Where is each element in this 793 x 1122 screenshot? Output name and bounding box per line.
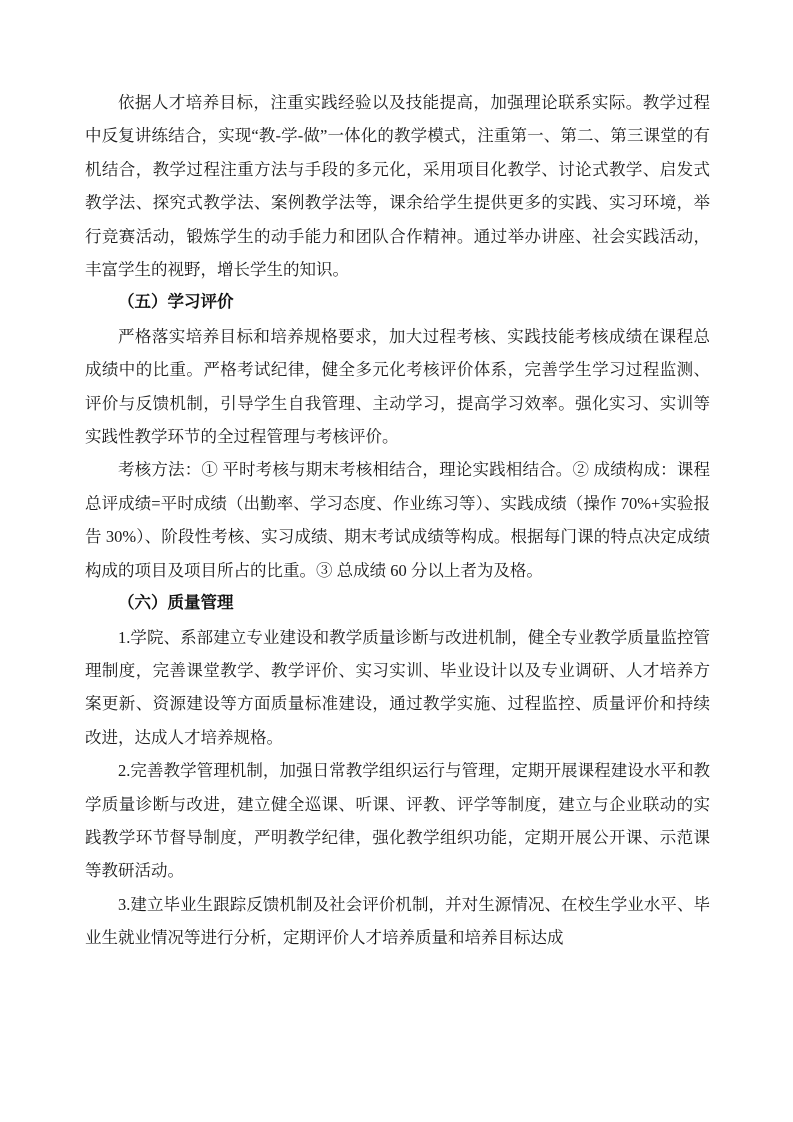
paragraph-quality-item-3: 3.建立毕业生跟踪反馈机制及社会评价机制，并对生源情况、在校生学业水平、毕业生就…	[85, 888, 710, 955]
paragraph-quality-item-1: 1.学院、系部建立专业建设和教学质量诊断与改进机制，健全专业教学质量监控管理制度…	[85, 621, 710, 755]
document-body: 依据人才培养目标，注重实践经验以及技能提高，加强理论联系实际。教学过程中反复讲练…	[85, 86, 710, 955]
document-page: 依据人才培养目标，注重实践经验以及技能提高，加强理论联系实际。教学过程中反复讲练…	[0, 0, 793, 1122]
paragraph-evaluation-requirements: 严格落实培养目标和培养规格要求，加大过程考核、实践技能考核成绩在课程总成绩中的比…	[85, 320, 710, 454]
paragraph-assessment-methods: 考核方法：① 平时考核与期末考核相结合，理论实践相结合。② 成绩构成：课程总评成…	[85, 453, 710, 587]
section-heading-quality-management: （六）质量管理	[85, 587, 710, 620]
paragraph-teaching-methods: 依据人才培养目标，注重实践经验以及技能提高，加强理论联系实际。教学过程中反复讲练…	[85, 86, 710, 286]
section-heading-learning-evaluation: （五）学习评价	[85, 286, 710, 319]
paragraph-quality-item-2: 2.完善教学管理机制，加强日常教学组织运行与管理，定期开展课程建设水平和教学质量…	[85, 754, 710, 888]
